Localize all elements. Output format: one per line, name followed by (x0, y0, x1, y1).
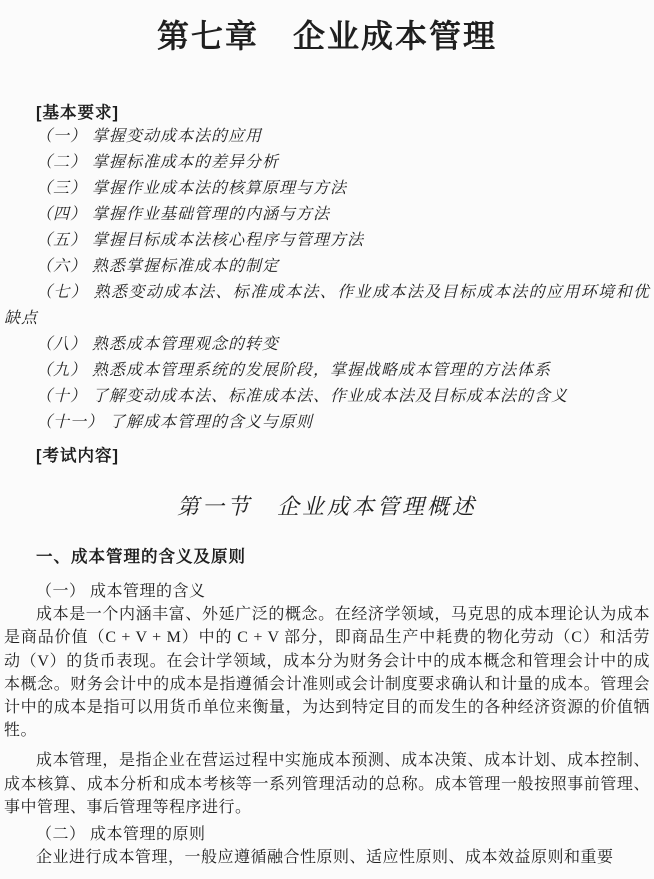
requirement-item: （八） 熟悉成本管理观念的转变 (4, 332, 650, 358)
body-text-block: （一） 成本管理的含义 成本是一个内涵丰富、外延广泛的概念。在经济学领域，马克思… (4, 580, 650, 869)
chapter-title: 第七章 企业成本管理 (0, 11, 654, 57)
requirement-item: （二） 掌握标准成本的差异分析 (4, 150, 650, 176)
requirement-item: （三） 掌握作业成本法的核算原理与方法 (4, 176, 650, 202)
sub1-heading: （一） 成本管理的含义 (4, 580, 650, 603)
requirement-item: （六） 熟悉掌握标准成本的制定 (4, 254, 650, 280)
exam-content-heading: [考试内容] (36, 447, 119, 466)
paragraph-cost-meaning: 成本是一个内涵丰富、外延广泛的概念。在经济学领域，马克思的成本理论认为成本是商品… (4, 603, 650, 742)
paragraph-cost-management: 成本管理，是指企业在营运过程中实施成本预测、成本决策、成本计划、成本控制、成本核… (4, 749, 650, 819)
document-page: 第七章 企业成本管理 [基本要求] （一） 掌握变动成本法的应用（二） 掌握标准… (0, 0, 654, 879)
requirement-item: （九） 熟悉成本管理系统的发展阶段，掌握战略成本管理的方法体系 (4, 358, 650, 384)
paragraph-principles: 企业进行成本管理，一般应遵循融合性原则、适应性原则、成本效益原则和重要 (4, 846, 650, 869)
section-title: 第一节 企业成本管理概述 (0, 490, 654, 521)
requirement-item: （五） 掌握目标成本法核心程序与管理方法 (4, 228, 650, 254)
basic-requirements-heading: [基本要求] (36, 104, 119, 123)
requirement-item: （七） 熟悉变动成本法、标准成本法、作业成本法及目标成本法的应用环境和优缺点 (4, 280, 650, 332)
sub2-heading: （二） 成本管理的原则 (4, 823, 650, 846)
requirement-item: （十） 了解变动成本法、标准成本法、作业成本法及目标成本法的含义 (4, 384, 650, 410)
requirement-item: （一） 掌握变动成本法的应用 (4, 124, 650, 150)
subsection-heading: 一、成本管理的含义及原则 (36, 543, 246, 567)
basic-requirements-list: （一） 掌握变动成本法的应用（二） 掌握标准成本的差异分析（三） 掌握作业成本法… (4, 124, 650, 436)
requirement-item: （十一） 了解成本管理的含义与原则 (4, 410, 650, 436)
requirement-item: （四） 掌握作业基础管理的内涵与方法 (4, 202, 650, 228)
